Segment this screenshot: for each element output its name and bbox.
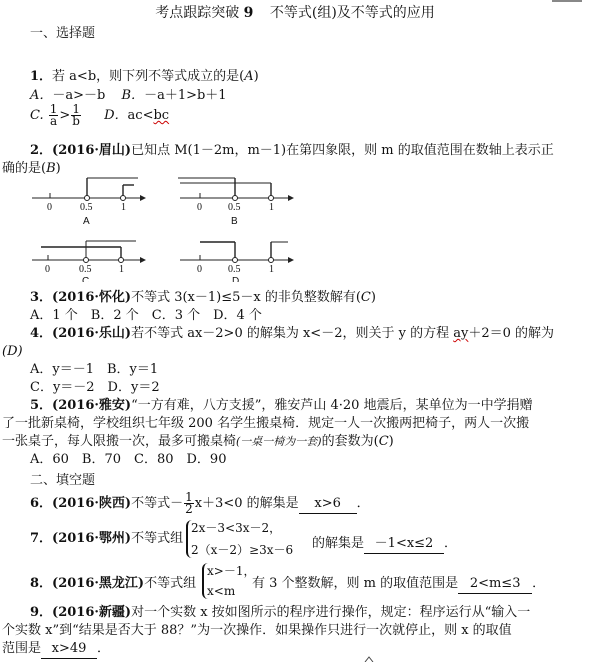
q5-line2: 了一批新桌椅，学校组织七年级 200 名学生搬桌椅．规定一人一次搬两把椅子，两人… <box>2 415 529 433</box>
q1-stem: 若 a<b，则下列不等式成立的是( <box>52 69 244 84</box>
q3-stem: 不等式 3(x－1)≤5－x 的非负整数解有( <box>131 290 361 305</box>
q9-line1: 对一个实数 x 按如图所示的程序进行操作，规定：程序运行从“输入一 <box>131 605 530 620</box>
q5-line3-pre: 一张桌子，每人限搬一次，最多可搬桌椅 <box>2 434 236 449</box>
tick-1: 1 <box>121 202 126 213</box>
q1-optC-label: C. <box>30 108 44 123</box>
q1-optB: －a＋1>b＋1 <box>144 88 227 103</box>
q5-close: ) <box>389 434 394 449</box>
q5-note: (一桌一椅为一套) <box>236 435 322 448</box>
page-title: 考点跟踪突破 9 不等式(组)及不等式的应用 <box>0 2 590 22</box>
brace-icon: x>－1， x<m <box>202 563 255 599</box>
fraction-1-over-2: 12 <box>184 492 194 515</box>
title-prefix: 考点跟踪突破 <box>155 5 239 21</box>
q8-number: 8． <box>30 576 52 591</box>
question-8: 8．(2016·黑龙江)不等式组 <box>30 575 196 593</box>
q9-end: ． <box>97 641 110 656</box>
q8-stem-post: 有 3 个整数解，则 m 的取值范围是 <box>252 576 458 591</box>
q7-source: (2016·鄂州) <box>52 531 131 546</box>
q4-options-cd: C．y＝－2 D．y＝2 <box>30 379 160 397</box>
q4-stem-end: ＋2＝0 的解为 <box>468 326 554 341</box>
frac-den: 2 <box>184 504 194 515</box>
q5-source: (2016·雅安) <box>52 398 131 413</box>
title-number: 9 <box>244 5 254 21</box>
q1-optB-label: B． <box>122 88 145 103</box>
q5-answer: C <box>379 434 389 449</box>
q7-answer-blank: －1<x≤2 <box>364 535 444 554</box>
q6-stem: 不等式－ <box>131 496 183 511</box>
q4-answer: (D) <box>2 343 23 361</box>
number-line-c: 0 0.5 1 C <box>28 238 148 284</box>
tick-0-5: 0.5 <box>79 264 92 275</box>
q4-stem: 若不等式 ax－2>0 的解集为 x<－2，则关于 y 的方程 <box>131 326 453 341</box>
q8-source: (2016·黑龙江) <box>52 576 144 591</box>
q4-number: 4． <box>30 326 52 341</box>
question-2: 2．(2016·眉山)已知点 M(1－2m，m－1)在第四象限，则 m 的取值范… <box>30 142 554 160</box>
question-4: 4．(2016·乐山)若不等式 ax－2>0 的解集为 x<－2，则关于 y 的… <box>30 325 554 343</box>
q1-number: 1． <box>30 69 52 84</box>
q8-tail: 有 3 个整数解，则 m 的取值范围是2<m≤3． <box>252 575 545 594</box>
q8-end: ． <box>532 576 545 591</box>
tick-0: 0 <box>45 264 50 275</box>
q9-line3: 范围是x>49． <box>2 640 110 659</box>
q8-ineq-1: x>－1， <box>207 563 255 579</box>
q6-answer-blank: x>6 <box>299 495 357 514</box>
q7-stem-post: 的解集是 <box>312 536 364 551</box>
section-fill-in: 二、填空题 <box>30 469 95 488</box>
q3-answer: C <box>361 290 371 305</box>
question-9: 9．(2016·新疆)对一个实数 x 按如图所示的程序进行操作，规定：程序运行从… <box>30 604 530 622</box>
q2-number: 2． <box>30 143 52 158</box>
q7-system: 2x－3<3x－2， 2（x－2）≥3x－6 <box>184 520 293 558</box>
q9-line2: 个实数 x”到“结果是否大于 88？”为一次操作．如果操作只进行一次就停止，则 … <box>2 622 512 640</box>
fraction-1-over-a: 1a <box>49 104 59 127</box>
q4-source: (2016·乐山) <box>52 326 131 341</box>
q1-optA: －a>－b <box>52 88 105 103</box>
question-5: 5．(2016·雅安)“一方有难，八方支援”，雅安芦山 4·20 地震后，某单位… <box>30 397 533 415</box>
question-1: 1．若 a<b，则下列不等式成立的是(A) <box>30 68 259 86</box>
q5-line3: 一张桌子，每人限搬一次，最多可搬桌椅(一桌一椅为一套)的套数为(C) <box>2 433 394 451</box>
question-7: 7．(2016·鄂州)不等式组 <box>30 530 183 548</box>
q5-line1: “一方有难，八方支援”，雅安芦山 4·20 地震后，某单位为一中学捐赠 <box>131 398 533 413</box>
q1-options-cd: C. 1a>1b D．ac<bc <box>30 104 169 127</box>
brace-icon: 2x－3<3x－2， 2（x－2）≥3x－6 <box>186 520 293 558</box>
q8-stem: 不等式组 <box>144 576 196 591</box>
tick-1: 1 <box>269 202 274 213</box>
tick-0: 0 <box>47 202 52 213</box>
q1-optC-op: > <box>59 108 70 123</box>
q4-options-ab: A．y＝－1 B．y＝1 <box>30 361 158 379</box>
q6-stem-post: x＋3<0 的解集是 <box>195 496 299 511</box>
tick-0: 0 <box>197 264 202 275</box>
section-multiple-choice: 一、选择题 <box>30 22 95 41</box>
scroll-up-caret-icon[interactable] <box>364 652 374 662</box>
q1-optA-label: A． <box>30 88 52 103</box>
question-3: 3．(2016·怀化)不等式 3(x－1)≤5－x 的非负整数解有(C) <box>30 289 376 307</box>
q1-close: ) <box>254 69 259 84</box>
question-6: 6．(2016·陕西)不等式－12x＋3<0 的解集是x>6． <box>30 492 370 515</box>
q7-ineq-2: 2（x－2）≥3x－6 <box>191 542 293 558</box>
q7-stem: 不等式组 <box>131 531 183 546</box>
q1-answer: A <box>244 69 253 84</box>
q9-source: (2016·新疆) <box>52 605 131 620</box>
q2-close: ) <box>56 161 61 176</box>
q2-stem: 已知点 M(1－2m，m－1)在第四象限，则 m 的取值范围在数轴上表示正 <box>131 143 554 158</box>
q8-ineq-2: x<m <box>207 583 255 599</box>
tick-0-5: 0.5 <box>228 264 241 275</box>
tick-1: 1 <box>269 264 274 275</box>
q6-number: 6． <box>30 496 52 511</box>
q3-close: ) <box>371 290 376 305</box>
q8-system: x>－1， x<m <box>200 563 255 599</box>
q3-options: A．1 个 B．2 个 C．3 个 D．4 个 <box>30 307 262 325</box>
q9-number: 9． <box>30 605 52 620</box>
q7-number: 7． <box>30 531 52 546</box>
q5-number: 5． <box>30 398 52 413</box>
spellcheck-underline: bc <box>153 108 169 123</box>
q8-answer-blank: 2<m≤3 <box>458 575 532 594</box>
q6-source: (2016·陕西) <box>52 496 131 511</box>
q6-end: ． <box>357 496 370 511</box>
number-line-b: 0 0.5 1 B <box>176 176 296 232</box>
q2-source: (2016·眉山) <box>52 143 131 158</box>
q1-optD: ac< <box>128 108 154 123</box>
q9-answer-blank: x>49 <box>41 640 97 659</box>
q7-tail: 的解集是－1<x≤2． <box>312 535 457 554</box>
tick-0-5: 0.5 <box>228 202 241 213</box>
figure-label-d: D <box>232 276 239 282</box>
q3-number: 3． <box>30 290 52 305</box>
q1-options-ab: A．－a>－b B．－a＋1>b＋1 <box>30 87 227 105</box>
q9-line3-pre: 范围是 <box>2 641 41 656</box>
q2-stem2: 确的是( <box>2 161 46 176</box>
number-line-a: 0 0.5 1 A <box>28 176 148 232</box>
frac-den: b <box>71 116 81 127</box>
frac-den: a <box>49 116 59 127</box>
q1-optD-label: D． <box>104 108 127 123</box>
number-line-d: 0 0.5 1 D <box>176 238 296 284</box>
title-rest: 不等式(组)及不等式的应用 <box>270 5 435 21</box>
tick-1: 1 <box>119 264 124 275</box>
figure-label-b: B <box>231 216 238 227</box>
tick-0-5: 0.5 <box>80 202 93 213</box>
q7-ineq-1: 2x－3<3x－2， <box>191 520 293 536</box>
figure-label-c: C <box>82 276 89 282</box>
figure-label-a: A <box>83 216 90 227</box>
q5-options: A．60 B．70 C．80 D．90 <box>30 451 226 469</box>
q2-answer: B <box>46 161 56 176</box>
fraction-1-over-b: 1b <box>71 104 81 127</box>
q5-line3-post: 的套数为( <box>322 434 379 449</box>
tick-0: 0 <box>197 202 202 213</box>
q3-source: (2016·怀化) <box>52 290 131 305</box>
q7-end: ． <box>444 536 457 551</box>
spellcheck-underline: ay <box>453 326 468 341</box>
